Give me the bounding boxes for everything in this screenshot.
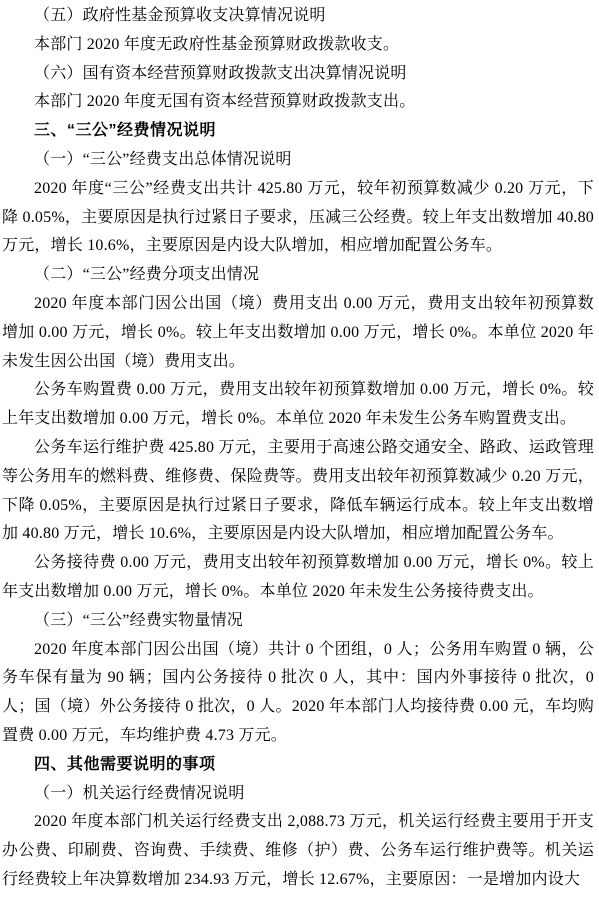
subsection-heading: （一）机关运行经费情况说明 (2, 780, 594, 809)
paragraph: 2020 年度本部门因公出国（境）费用支出 0.00 万元，费用支出较年初预算数… (2, 290, 594, 376)
subsection-heading: （五）政府性基金预算收支决算情况说明 (2, 2, 594, 31)
subsection-heading: （六）国有资本经营预算财政拨款支出决算情况说明 (2, 60, 594, 89)
document-body: （五）政府性基金预算收支决算情况说明本部门 2020 年度无政府性基金预算财政拨… (2, 2, 594, 895)
paragraph: 公务车购置费 0.00 万元，费用支出较年初预算数增加 0.00 万元，增长 0… (2, 376, 594, 434)
paragraph: 2020 年度本部门机关运行经费支出 2,088.73 万元，机关运行经费主要用… (2, 808, 594, 894)
paragraph: 2020 年度本部门因公出国（境）共计 0 个团组，0 人；公务用车购置 0 辆… (2, 636, 594, 751)
document-page: （五）政府性基金预算收支决算情况说明本部门 2020 年度无政府性基金预算财政拨… (0, 0, 599, 913)
paragraph: 本部门 2020 年度无政府性基金预算财政拨款收支。 (2, 31, 594, 60)
paragraph: 本部门 2020 年度无国有资本经营预算财政拨款支出。 (2, 88, 594, 117)
paragraph: 公务车运行维护费 425.80 万元，主要用于高速公路交通安全、路政、运政管理等… (2, 434, 594, 549)
subsection-heading: （二）“三公”经费分项支出情况 (2, 261, 594, 290)
section-heading: 三、“三公”经费情况说明 (2, 117, 594, 146)
section-heading: 四、其他需要说明的事项 (2, 751, 594, 780)
paragraph: 公务接待费 0.00 万元，费用支出较年初预算数增加 0.00 万元，增长 0%… (2, 549, 594, 607)
subsection-heading: （一）“三公”经费支出总体情况说明 (2, 146, 594, 175)
subsection-heading: （三）“三公”经费实物量情况 (2, 607, 594, 636)
paragraph: 2020 年度“三公”经费支出共计 425.80 万元，较年初预算数减少 0.2… (2, 175, 594, 261)
